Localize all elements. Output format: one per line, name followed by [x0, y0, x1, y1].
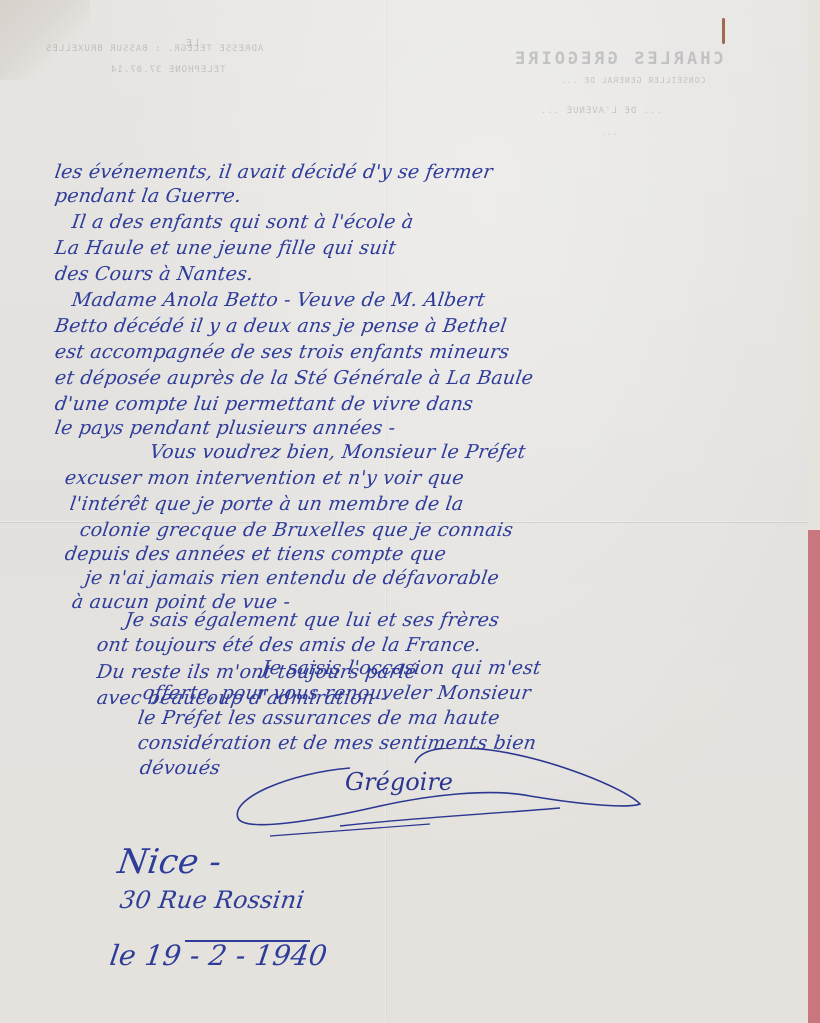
letter-line: excuser mon intervention et n'y voir que: [63, 466, 465, 490]
handwritten-letter: les événements, il avait décidé d'y se f…: [0, 0, 808, 1023]
letter-line: depuis des années et tiens compte que: [63, 542, 447, 566]
letter-date: le 19 - 2 - 1940: [108, 944, 328, 968]
letter-line: d'une compte lui permettant de vivre dan…: [53, 392, 474, 416]
letter-line: Vous voudrez bien, Monsieur le Préfet: [148, 440, 527, 464]
letter-line: l'intérêt que je porte à un membre de la: [68, 492, 465, 516]
letter-line: je n'ai jamais rien entendu de défavorab…: [83, 566, 500, 590]
letter-line: La Haule et une jeune fille qui suit: [53, 236, 397, 260]
letter-line: le Préfet les assurances de ma haute: [136, 706, 501, 730]
letter-line: Madame Anola Betto - Veuve de M. Albert: [70, 288, 486, 312]
letter-line: Je sais également que lui et ses frères: [123, 608, 501, 632]
signature-text: Grégoire: [345, 768, 453, 796]
letter-line: est accompagnée de ses trois enfants min…: [53, 340, 511, 364]
letter-line: dévoués: [138, 756, 222, 780]
letter-line: colonie grecque de Bruxelles que je conn…: [78, 518, 514, 542]
background-strip: [806, 530, 820, 1023]
letter-line: Il a des enfants qui sont à l'école à: [70, 210, 415, 234]
letter-line: des Cours à Nantes.: [53, 262, 255, 286]
letter-place: Nice -: [116, 850, 223, 874]
letter-line: Je saisis l'occasion qui m'est: [260, 656, 542, 680]
letter-line: les événements, il avait décidé d'y se f…: [53, 160, 494, 184]
signature: Grégoire: [230, 748, 650, 838]
letter-line: et déposée auprès de la Sté Générale à L…: [53, 366, 535, 390]
letter-line: Betto décédé il y a deux ans je pense à …: [53, 314, 508, 338]
letter-line: le pays pendant plusieurs années -: [53, 416, 397, 440]
letter-line: offerte, pour vous renouveler Monsieur: [141, 681, 532, 705]
letter-line: pendant la Guerre.: [53, 184, 243, 208]
letter-address: 30 Rue Rossini: [118, 888, 306, 912]
letter-line: ont toujours été des amis de la France.: [95, 633, 482, 657]
